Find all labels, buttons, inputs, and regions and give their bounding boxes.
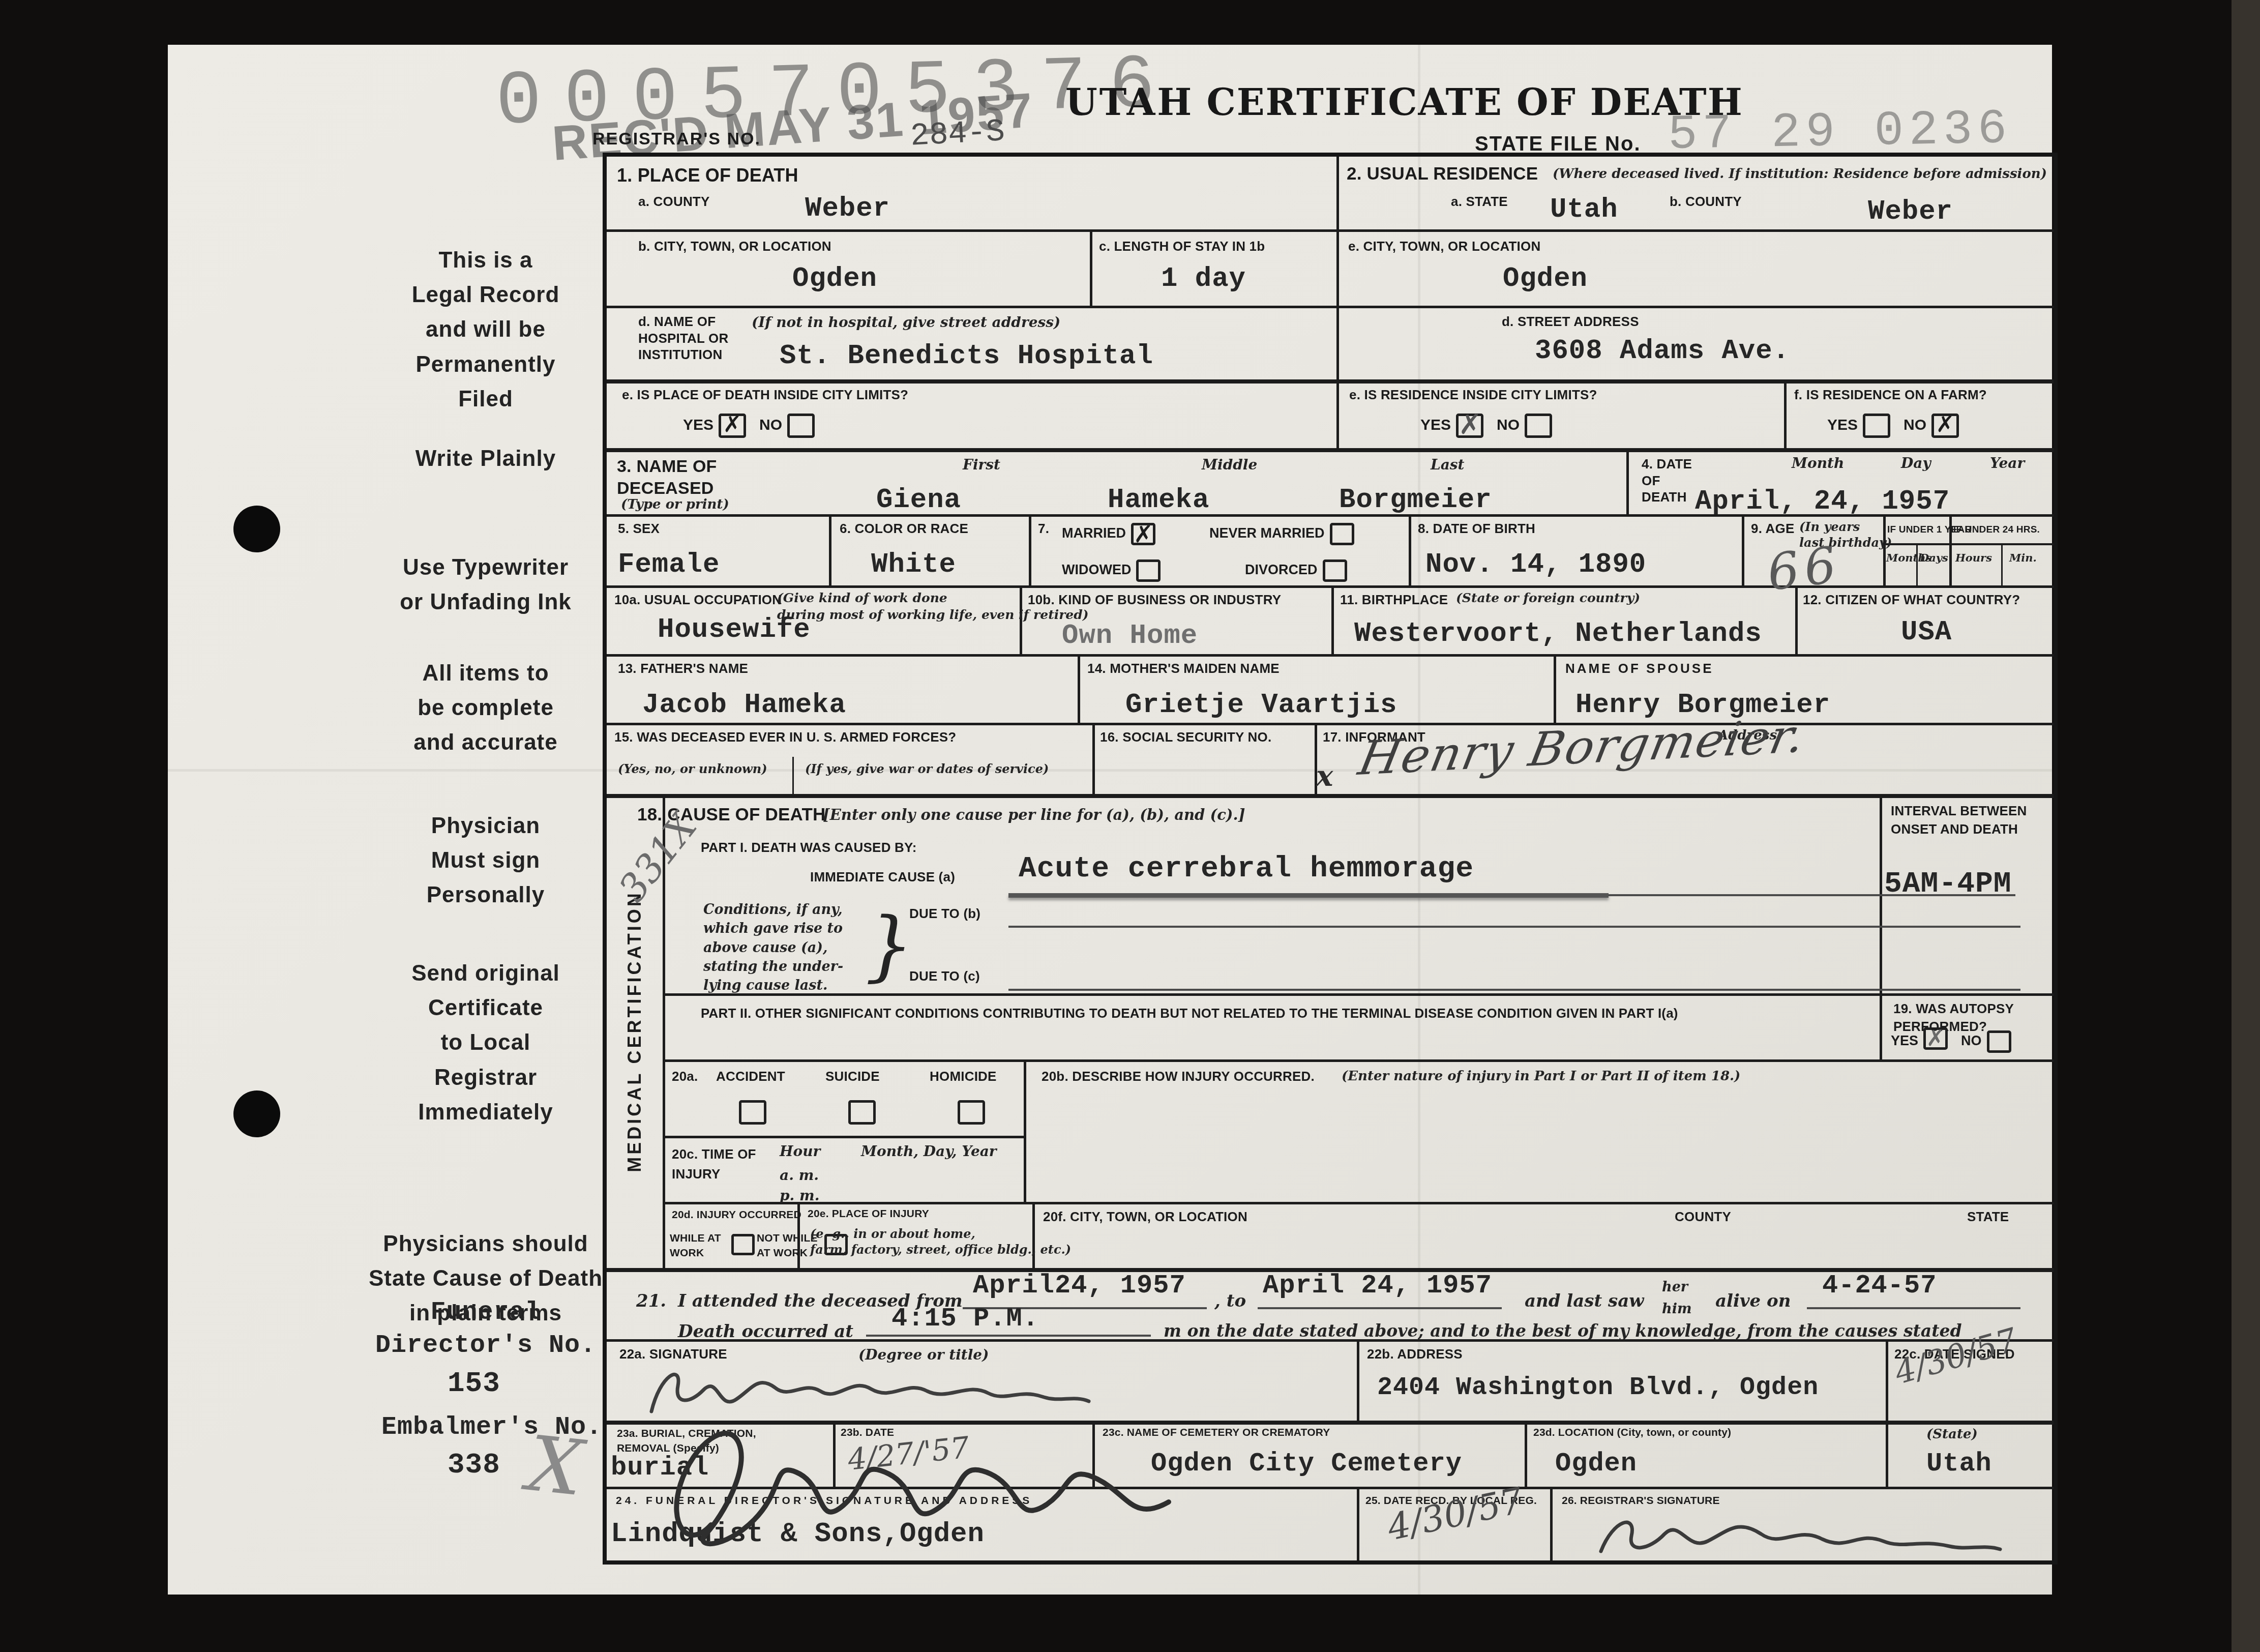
birthplace-value: Westervoort, Netherlands	[1354, 618, 1762, 650]
her-text: her	[1662, 1278, 1688, 1296]
if-under-24-hrs-label: IF UNDER 24 HRS.	[1953, 524, 2040, 536]
yes-label: YES	[1420, 417, 1451, 433]
divider	[1331, 585, 1334, 657]
date-of-death-value: April, 24, 1957	[1695, 486, 1950, 517]
divider	[607, 794, 2054, 798]
divider	[1742, 514, 1744, 588]
title-state: UTAH	[1065, 80, 1194, 124]
knowledge-text: m on the date stated above; and to the b…	[1164, 1320, 1961, 1342]
margin-note-legal-record: This is a Legal Record and will be Perma…	[331, 243, 641, 417]
describe-injury-label: 20b. DESCRIBE HOW INJURY OCCURRED.	[1042, 1068, 1315, 1085]
attended-to-text: , to	[1214, 1290, 1246, 1312]
burial-city-value: Ogden	[1555, 1449, 1637, 1479]
due-to-b-label: DUE TO (b)	[909, 905, 980, 922]
divider	[1784, 379, 1787, 451]
attended-from-value: April24, 1957	[973, 1271, 1186, 1301]
mother-name-label: 14. MOTHER'S MAIDEN NAME	[1087, 660, 1280, 677]
divider	[607, 379, 2054, 383]
homicide-checkbox	[958, 1100, 985, 1125]
pm-label: p. m.	[780, 1187, 819, 1205]
address-value: 2404 Washington Blvd., Ogden	[1377, 1373, 1819, 1402]
residence-city-limits-label: e. IS RESIDENCE INSIDE CITY LIMITS?	[1349, 387, 1597, 403]
part1-label: PART I. DEATH WAS CAUSED BY:	[701, 839, 917, 856]
date-of-birth-label: 8. DATE OF BIRTH	[1418, 520, 1535, 537]
divider	[607, 654, 2054, 657]
no-checkbox: ✗	[1931, 414, 1959, 438]
married-option: MARRIED✗	[1062, 523, 1169, 545]
married-checkbox: ✗	[1131, 523, 1155, 545]
date-received-value: 4/30/57	[1384, 1480, 1527, 1549]
underline	[1008, 989, 2020, 991]
informant-x-mark: x	[1316, 759, 1333, 793]
injury-county-label: COUNTY	[1675, 1208, 1731, 1225]
death-time-value: 4:15 P.M.	[891, 1304, 1039, 1334]
age-label: 9. AGE	[1751, 520, 1794, 537]
residence-farm-label: f. IS RESIDENCE ON A FARM?	[1794, 387, 1987, 403]
never-married-label: NEVER MARRIED	[1209, 525, 1325, 541]
yes-label: YES	[1891, 1033, 1918, 1048]
armed-forces-label: 15. WAS DECEASED EVER IN U. S. ARMED FOR…	[614, 729, 956, 746]
industry-value: Own Home	[1062, 621, 1198, 652]
race-label: 6. COLOR OR RACE	[840, 520, 968, 537]
him-text: him	[1662, 1300, 1691, 1318]
first-name-value: Giena	[876, 485, 961, 516]
residence-farm-answer: YESNO✗	[1827, 414, 1972, 438]
homicide-label: HOMICIDE	[930, 1068, 997, 1085]
due-to-c-label: DUE TO (c)	[909, 968, 980, 985]
last-name-label: Last	[1431, 456, 1465, 474]
margin-note-all-items: All items to be complete and accurate	[331, 656, 641, 760]
attended-to-value: April 24, 1957	[1263, 1271, 1492, 1301]
not-while-at-work-label: NOT WHILE AT WORK	[757, 1231, 818, 1261]
funeral-director-no-label: Funeral Director's No.	[374, 1296, 598, 1362]
state-label: a. STATE	[1451, 193, 1508, 210]
underline	[866, 1335, 1151, 1337]
death-city-limits-answer: YES✗NO	[683, 414, 828, 438]
widowed-checkbox	[1136, 559, 1161, 582]
hospital-label: d. NAME OF HOSPITAL OR INSTITUTION	[638, 313, 728, 363]
divider	[1525, 1421, 1527, 1489]
divorced-option: DIVORCED	[1245, 559, 1360, 582]
yes-label: YES	[1827, 417, 1858, 433]
divider	[792, 757, 794, 796]
ssn-label: 16. SOCIAL SECURITY NO.	[1100, 729, 1271, 746]
hour-label: Hour	[780, 1142, 820, 1161]
date-of-birth-value: Nov. 14, 1890	[1425, 549, 1646, 580]
item-21-number: 21.	[636, 1290, 666, 1312]
birthplace-label: 11. BIRTHPLACE	[1340, 592, 1448, 608]
registrar-signature	[1593, 1504, 2010, 1563]
injury-city-label: 20f. CITY, TOWN, OR LOCATION	[1043, 1208, 1247, 1225]
hole-punch	[233, 506, 280, 552]
industry-label: 10b. KIND OF BUSINESS OR INDUSTRY	[1028, 592, 1281, 608]
city-label: b. CITY, TOWN, OR LOCATION	[638, 238, 831, 255]
armed-forces-note2: (If yes, give war or dates of service)	[805, 761, 1049, 777]
funeral-director-no-value: 153	[448, 1367, 500, 1400]
margin-note-write-plainly: Write Plainly	[331, 441, 641, 476]
medical-certification-label: MEDICAL CERTIFICATION	[624, 891, 645, 1172]
registrar-no-value: 284-S	[909, 113, 1005, 155]
race-value: White	[871, 549, 956, 580]
divider	[2001, 543, 2003, 588]
marital-label: 7.	[1038, 520, 1049, 537]
no-checkbox	[787, 414, 815, 438]
form-title: UTAH CERTIFICATE OF DEATH	[1065, 80, 1743, 124]
underline	[1807, 1307, 2020, 1309]
divider	[1024, 1059, 1026, 1204]
interval-label: INTERVAL BETWEEN ONSET AND DEATH	[1891, 802, 2027, 839]
cause-of-death-note: [Enter only one cause per line for (a), …	[823, 806, 1245, 825]
first-name-label: First	[963, 456, 1000, 474]
burial-location-label: 23d. LOCATION (City, town, or county)	[1533, 1426, 1731, 1439]
describe-injury-note: (Enter nature of injury in Part I or Par…	[1342, 1068, 1740, 1085]
mother-name-value: Grietje Vaartjis	[1125, 690, 1397, 721]
divider	[1336, 157, 1339, 451]
middle-name-value: Hameka	[1108, 485, 1209, 516]
death-occurred-text: Death occurred at	[678, 1320, 853, 1343]
father-name-label: 13. FATHER'S NAME	[618, 660, 748, 677]
state-value: Utah	[1550, 194, 1618, 225]
sex-value: Female	[618, 549, 720, 580]
never-married-checkbox	[1330, 523, 1354, 545]
no-label: NO	[759, 417, 782, 433]
county-value: Weber	[805, 193, 890, 224]
suicide-checkbox	[848, 1100, 876, 1125]
residence-county-value: Weber	[1868, 196, 1953, 227]
divider	[607, 229, 2054, 232]
margin-code-331x: 331X	[610, 805, 705, 910]
no-label: NO	[1497, 417, 1520, 433]
year-label: Year	[1990, 454, 2025, 473]
last-saw-date-value: 4-24-57	[1822, 1271, 1937, 1301]
street-address-value: 3608 Adams Ave.	[1535, 336, 1790, 367]
date-of-death-label: 4. DATE OF DEATH	[1642, 456, 1692, 506]
certificate-form: 1. PLACE OF DEATH a. COUNTY Weber 2. USU…	[603, 153, 2058, 1565]
divider	[1886, 1339, 1888, 1423]
conditions-note: Conditions, if any, which gave rise to a…	[703, 900, 843, 995]
last-saw-text: and last saw	[1525, 1290, 1644, 1312]
no-checkbox	[1525, 414, 1552, 438]
hospital-note: (If not in hospital, give street address…	[752, 313, 1060, 332]
citizen-value: USA	[1901, 617, 1952, 648]
while-at-work-checkbox	[731, 1234, 755, 1255]
no-label: NO	[1904, 417, 1926, 433]
widowed-option: WIDOWED	[1062, 559, 1174, 582]
funeral-director-handwritten-signature	[663, 1398, 1181, 1560]
type-or-print-note: (Type or print)	[621, 496, 729, 514]
hospital-value: St. Benedicts Hospital	[780, 341, 1153, 372]
hole-punch	[233, 1090, 280, 1137]
widowed-label: WIDOWED	[1062, 562, 1131, 577]
accident-label: ACCIDENT	[716, 1068, 785, 1085]
immediate-cause-label: IMMEDIATE CAUSE (a)	[810, 869, 955, 886]
injury-occurred-label: 20d. INJURY OCCURRED	[672, 1208, 801, 1222]
divider	[1886, 1421, 1888, 1489]
birthplace-note: (State or foreign country)	[1456, 590, 1640, 607]
father-name-value: Jacob Hameka	[642, 690, 846, 721]
death-city-limits-label: e. IS PLACE OF DEATH INSIDE CITY LIMITS?	[622, 387, 908, 403]
margin-note-use-typewriter: Use Typewriter or Unfading Ink	[331, 550, 641, 619]
place-of-injury-label: 20e. PLACE OF INJURY	[808, 1207, 929, 1221]
am-label: a. m.	[780, 1166, 819, 1185]
accident-checkbox	[739, 1100, 766, 1125]
divider	[1078, 654, 1080, 725]
underline	[1258, 1307, 1502, 1309]
divider	[607, 448, 2054, 452]
alive-on-text: alive on	[1715, 1290, 1791, 1312]
yes-checkbox	[1863, 414, 1890, 438]
divider	[1092, 723, 1095, 796]
no-checkbox	[1987, 1030, 2011, 1053]
registrar-no-label: REGISTRAR'S NO.	[592, 128, 761, 150]
yes-checkbox: ✗	[1456, 414, 1483, 438]
divider	[829, 514, 831, 588]
day-label: Day	[1901, 454, 1931, 473]
scanner-edge	[2232, 0, 2260, 1652]
underline	[1008, 893, 1609, 898]
county-label: a. COUNTY	[638, 193, 709, 210]
divider	[663, 1136, 1024, 1138]
married-label: MARRIED	[1062, 525, 1126, 541]
divorced-label: DIVORCED	[1245, 562, 1318, 577]
name-of-deceased-label: 3. NAME OF DECEASED	[617, 456, 717, 499]
margin-note-physician-sign: Physician Must sign Personally	[331, 809, 641, 913]
divider	[1357, 1487, 1359, 1560]
armed-forces-note1: (Yes, no, or unknown)	[618, 761, 767, 777]
divider	[1409, 514, 1411, 588]
divider	[1357, 1339, 1359, 1423]
length-of-stay-value: 1 day	[1161, 263, 1246, 294]
suicide-label: SUICIDE	[825, 1068, 880, 1085]
divider	[1090, 229, 1092, 306]
divider	[1916, 543, 1918, 588]
hours-label: Hours	[1955, 551, 1992, 565]
scanned-death-certificate: 0005705376 REC'D MAY 31 1957 REGISTRAR'S…	[0, 0, 2260, 1652]
divider	[1029, 514, 1031, 588]
field-usual-residence-label: 2. USUAL RESIDENCE	[1347, 163, 1538, 185]
place-of-injury-note: (e. g., in or about home, farm, factory,…	[810, 1226, 1071, 1257]
residence-city-limits-answer: YES✗NO	[1420, 414, 1565, 438]
residence-city-label: e. CITY, TOWN, OR LOCATION	[1348, 238, 1540, 255]
divider	[1626, 448, 1629, 517]
stray-x-mark: X	[524, 1420, 587, 1513]
brace: }	[865, 897, 913, 996]
margin-note-send-original: Send original Certificate to Local Regis…	[331, 956, 641, 1130]
accident-suicide-homicide-label: 20a.	[672, 1068, 698, 1085]
embalmer-no-value: 338	[448, 1449, 500, 1481]
title-rest: CERTIFICATE OF DEATH	[1206, 80, 1743, 124]
month-day-year-label: Month, Day, Year	[861, 1142, 997, 1161]
spouse-name-label: NAME OF SPOUSE	[1565, 660, 1713, 677]
divider	[1550, 1487, 1553, 1560]
divider	[663, 1059, 2054, 1062]
occupation-value: Housewife	[658, 614, 811, 645]
yes-checkbox: ✗	[719, 414, 746, 438]
residence-county-label: b. COUNTY	[1670, 193, 1742, 210]
sex-label: 5. SEX	[618, 520, 660, 537]
length-of-stay-label: c. LENGTH OF STAY IN 1b	[1099, 238, 1265, 255]
cemetery-value: Ogden City Cemetery	[1151, 1449, 1462, 1479]
min-label: Min.	[2009, 551, 2037, 565]
divider	[1880, 794, 1882, 1062]
month-label: Month	[1792, 454, 1844, 473]
never-married-option: NEVER MARRIED	[1209, 523, 1367, 545]
usual-residence-note: (Where deceased lived. If institution: R…	[1553, 166, 2047, 183]
occupation-label: 10a. USUAL OCCUPATION	[614, 592, 782, 608]
interval-value: 5AM-4PM	[1884, 868, 2012, 901]
street-address-label: d. STREET ADDRESS	[1502, 313, 1639, 330]
part2-label: PART II. OTHER SIGNIFICANT CONDITIONS CO…	[701, 1005, 1850, 1022]
divider	[663, 1202, 2054, 1204]
yes-checkbox: ✗	[1923, 1027, 1948, 1050]
address-label: 22b. ADDRESS	[1367, 1346, 1463, 1363]
divider	[1883, 543, 2054, 545]
city-value: Ogden	[792, 263, 877, 294]
immediate-cause-value: Acute cerrebral hemmorage	[1019, 852, 1474, 886]
days-label: Days	[1920, 551, 1948, 565]
last-name-value: Borgmeier	[1339, 485, 1492, 516]
middle-name-label: Middle	[1202, 456, 1257, 474]
citizen-label: 12. CITIZEN OF WHAT COUNTRY?	[1803, 592, 2020, 608]
field-place-of-death-label: 1. PLACE OF DEATH	[617, 164, 798, 187]
no-label: NO	[1961, 1033, 1982, 1048]
underline	[1008, 926, 2020, 928]
divider	[1554, 654, 1556, 725]
autopsy-answer: YES✗NO	[1891, 1030, 2025, 1053]
while-at-work-label: WHILE AT WORK	[670, 1231, 721, 1261]
time-of-injury-label: 20c. TIME OF INJURY	[672, 1144, 756, 1184]
divorced-checkbox	[1323, 559, 1347, 582]
injury-state-label: STATE	[1967, 1208, 2009, 1225]
yes-label: YES	[683, 417, 713, 433]
informant-signature: Henry Borgmeier.	[1354, 709, 1810, 786]
burial-state-label: (State)	[1926, 1426, 1978, 1443]
divider	[607, 723, 2054, 725]
divider	[607, 306, 2054, 308]
residence-city-value: Ogden	[1503, 263, 1588, 294]
burial-state-value: Utah	[1926, 1449, 1992, 1479]
